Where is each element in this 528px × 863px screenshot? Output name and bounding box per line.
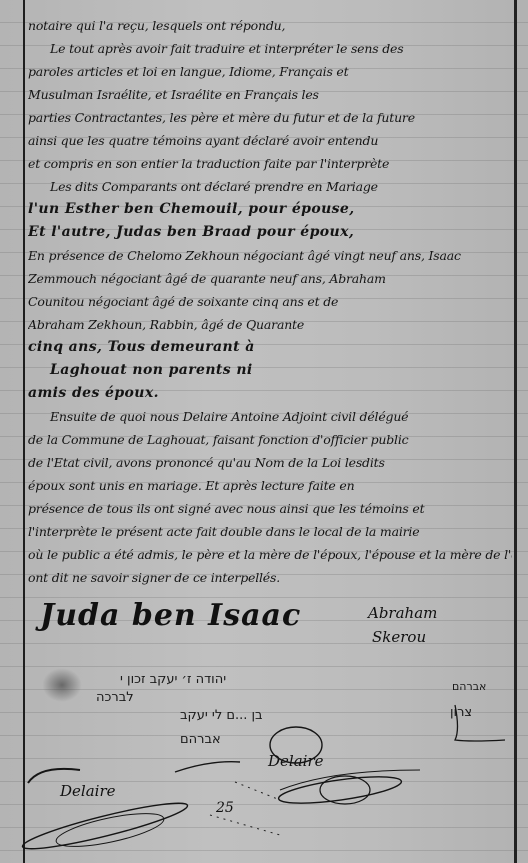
text-line: l'interprète le présent acte fait double… bbox=[28, 520, 512, 543]
text-line: époux sont unis en mariage. Et après lec… bbox=[28, 474, 512, 497]
text-line: Laghouat non parents ni bbox=[28, 359, 512, 382]
text-line: Le tout après avoir fait traduire et int… bbox=[28, 37, 512, 60]
text-line: Les dits Comparants ont déclaré prendre … bbox=[28, 175, 512, 198]
text-line: parties Contractantes, les père et mère … bbox=[28, 106, 512, 129]
page-number: 25 bbox=[216, 800, 234, 816]
text-line: et compris en son entier la traduction f… bbox=[28, 152, 512, 175]
signature-officer: Delaire bbox=[268, 752, 324, 770]
text-line: notaire qui l'a reçu, lesquels ont répon… bbox=[28, 14, 512, 37]
text-line: paroles articles et loi en langue, Idiom… bbox=[28, 60, 512, 83]
record-text: notaire qui l'a reçu, lesquels ont répon… bbox=[28, 14, 512, 589]
text-line: amis des époux. bbox=[28, 382, 512, 405]
text-line: Musulman Israélite, et Israélite en Fran… bbox=[28, 83, 512, 106]
text-line: En présence de Chelomo Zekhoun négociant… bbox=[28, 244, 512, 267]
hebrew-signature: אברהם bbox=[180, 732, 221, 747]
text-line-groom: Et l'autre, Judas ben Braad pour époux, bbox=[28, 221, 512, 244]
text-line-bride: l'un Esther ben Chemouil, pour épouse, bbox=[28, 198, 512, 221]
text-line: cinq ans, Tous demeurant à bbox=[28, 336, 512, 359]
text-line: présence de tous ils ont signé avec nous… bbox=[28, 497, 512, 520]
text-line: Zemmouch négociant âgé de quarante neuf … bbox=[28, 267, 512, 290]
left-margin-rule bbox=[23, 0, 25, 863]
text-line: Counitou négociant âgé de soixante cinq … bbox=[28, 290, 512, 313]
signature-witness-right: Abraham bbox=[368, 604, 437, 622]
ink-smudge bbox=[42, 668, 82, 702]
text-line: de l'Etat civil, avons prononcé qu'au No… bbox=[28, 451, 512, 474]
right-margin-rule bbox=[514, 0, 517, 863]
document-page: notaire qui l'a reçu, lesquels ont répon… bbox=[0, 0, 528, 863]
text-line: Ensuite de quoi nous Delaire Antoine Adj… bbox=[28, 405, 512, 428]
hebrew-signature-right: אברהם bbox=[452, 680, 486, 693]
hebrew-signature: בן ...ם לי יעקב bbox=[180, 708, 263, 723]
text-line: de la Commune de Laghouat, faisant fonct… bbox=[28, 428, 512, 451]
signature-witness-right-surname: Skerou bbox=[372, 628, 426, 646]
signature-officer: Delaire bbox=[60, 782, 116, 800]
text-line: où le public a été admis, le père et la … bbox=[28, 543, 512, 566]
text-line: ont dit ne savoir signer de ce interpell… bbox=[28, 566, 512, 589]
hebrew-signature-right: צרון bbox=[450, 705, 472, 720]
hebrew-signature: יהודה ז׳ יעקב זכון י bbox=[120, 672, 226, 687]
text-line: Abraham Zekhoun, Rabbin, âgé de Quarante bbox=[28, 313, 512, 336]
text-line: ainsi que les quatre témoins ayant décla… bbox=[28, 129, 512, 152]
signature-groom: Juda ben Isaac bbox=[40, 598, 301, 633]
hebrew-signature: לברכה bbox=[96, 690, 134, 705]
